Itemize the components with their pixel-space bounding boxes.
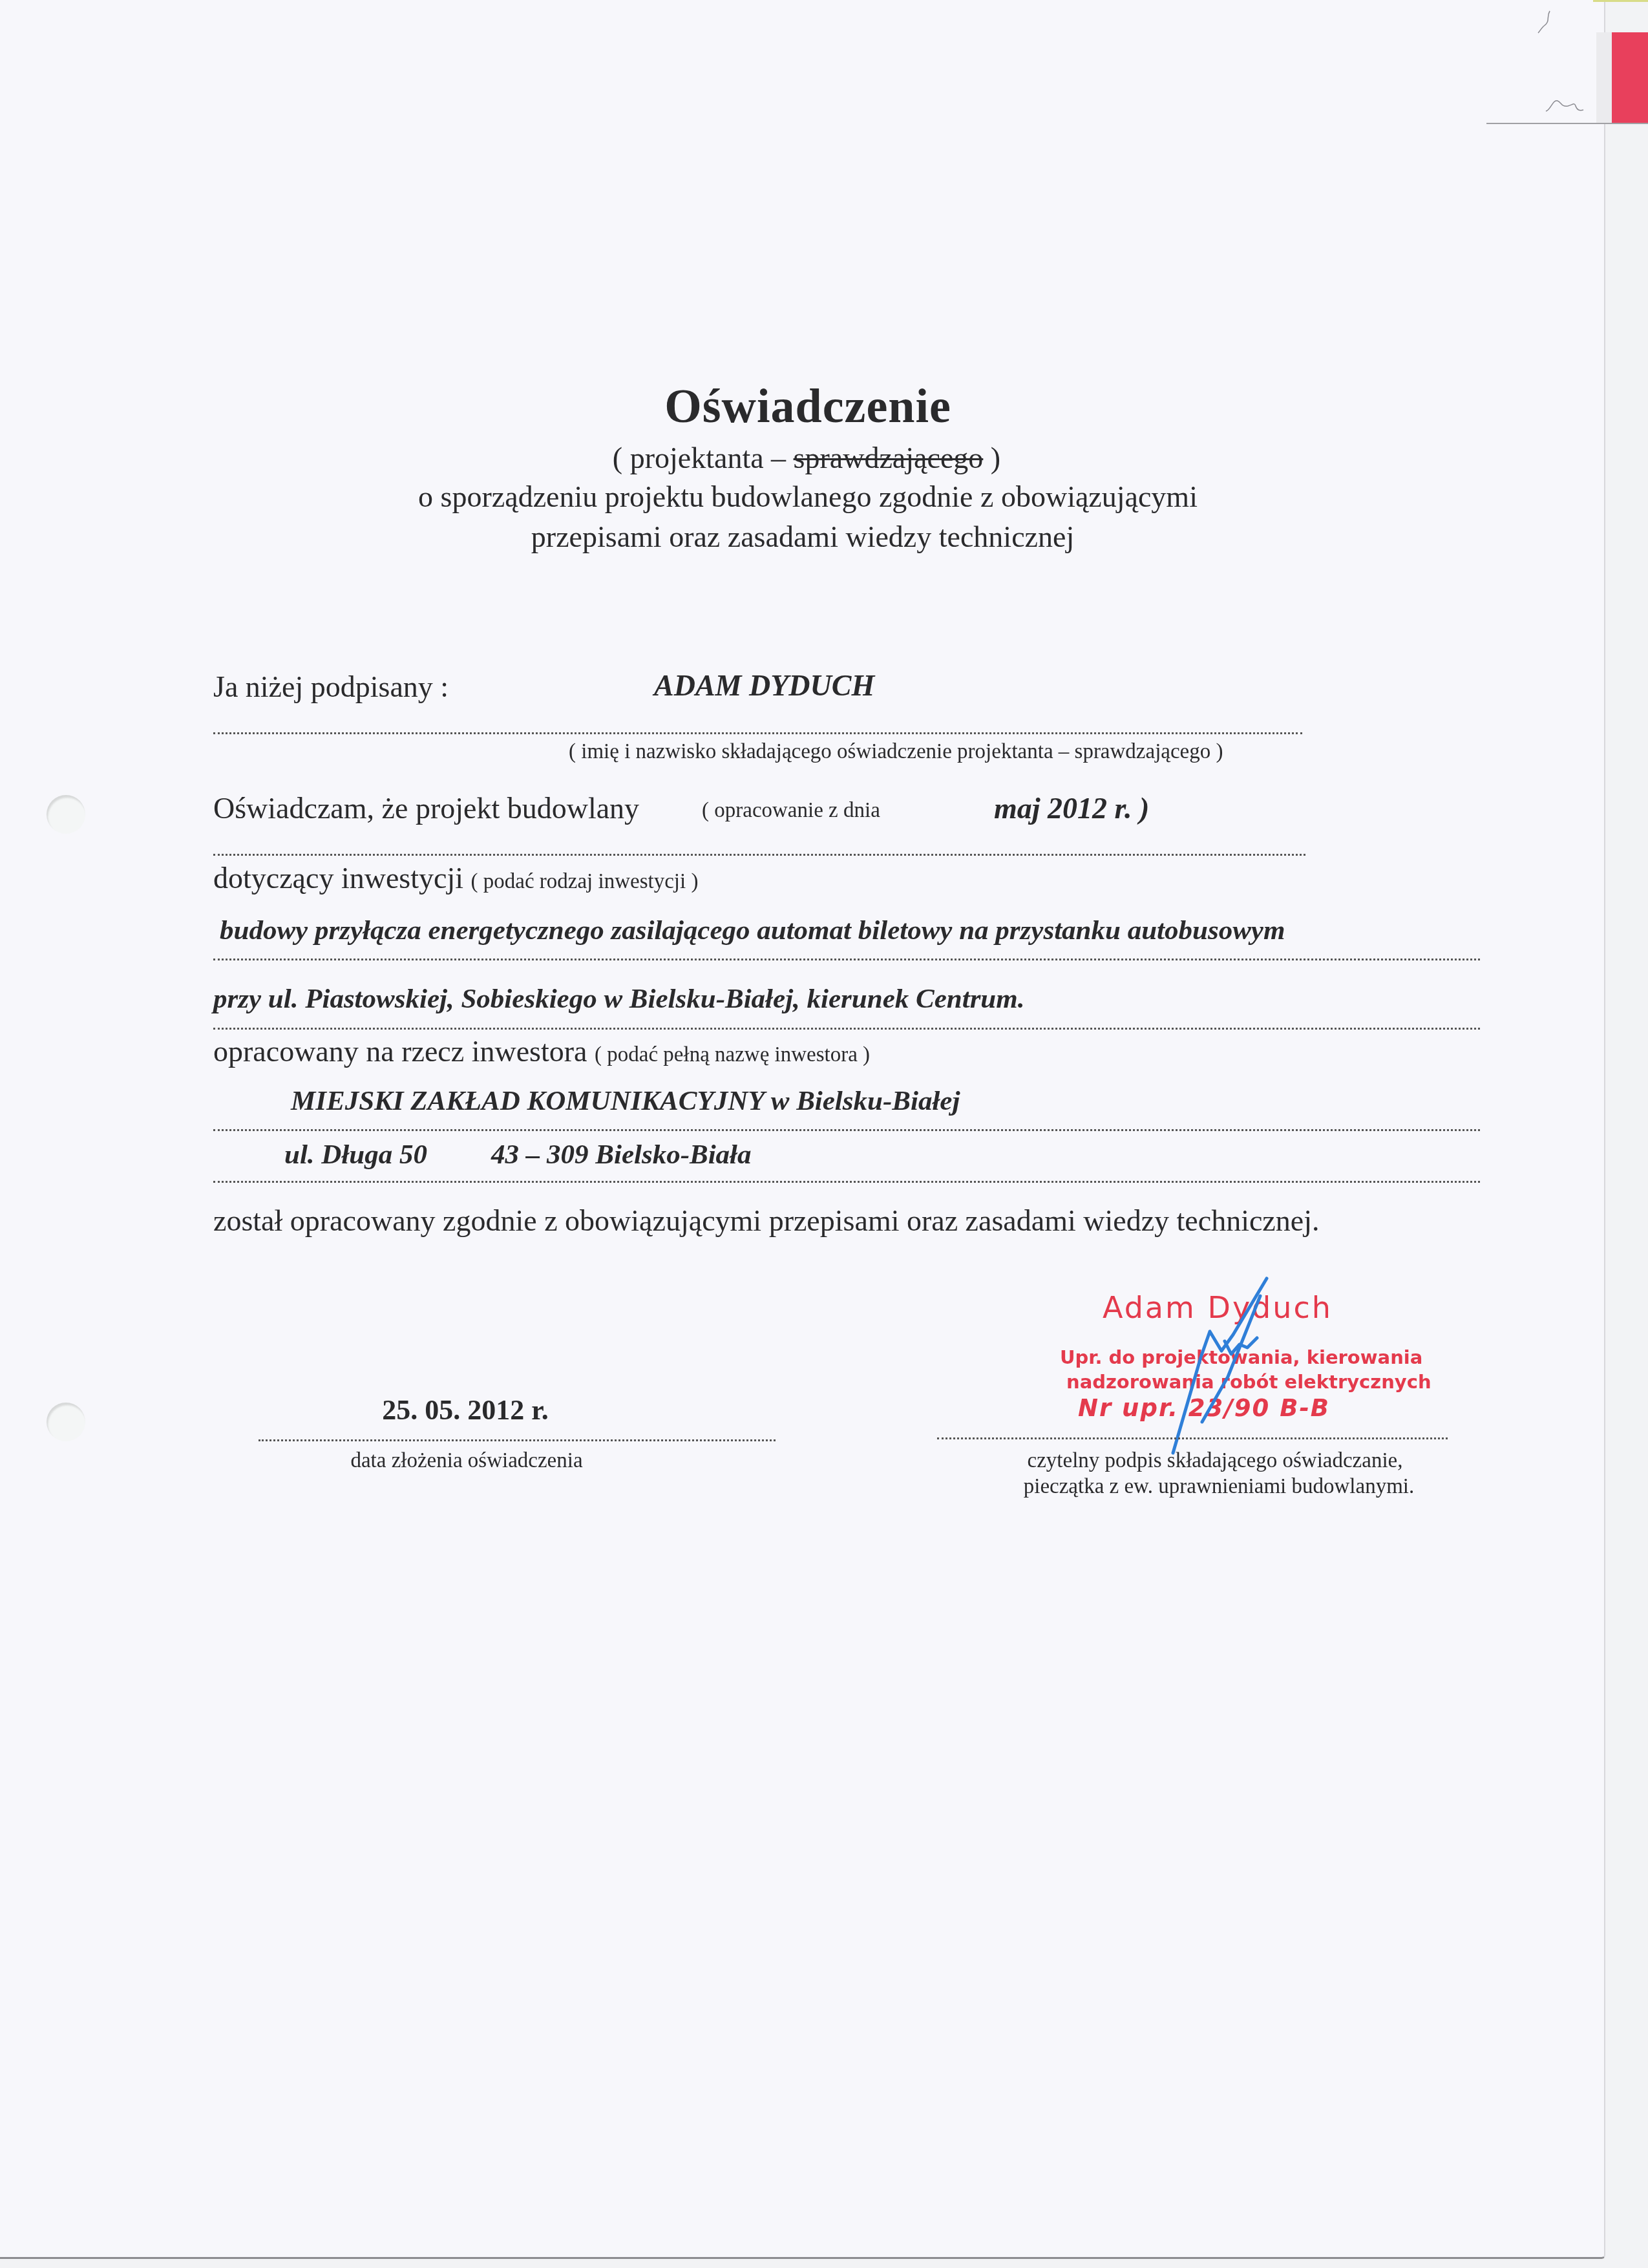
- tab-edge: [1593, 0, 1648, 2]
- declarant-caption: ( imię i nazwisko składającego oświadcze…: [569, 741, 1223, 763]
- role-line-struck: sprawdzającego: [794, 441, 984, 474]
- investor-name: MIEJSKI ZAKŁAD KOMUNIKACYJNY w Bielsku-B…: [291, 1087, 960, 1115]
- investment-label-text: dotyczący inwestycji: [213, 862, 463, 895]
- sticker-edge: [1486, 123, 1648, 124]
- investor-street: ul. Długa 50: [284, 1141, 427, 1169]
- investor-city: 43 – 309 Bielsko-Biała: [491, 1141, 752, 1169]
- dotted-line: [259, 1439, 776, 1441]
- hair-artifact: [1532, 10, 1558, 36]
- subtitle-line-2: przepisami oraz zasadami wiedzy technicz…: [531, 522, 1074, 552]
- stamp-line-3: Nr upr. 23/90 B-B: [1078, 1396, 1330, 1420]
- punch-hole: [47, 795, 85, 834]
- dotted-line: [213, 1129, 1480, 1131]
- conclusion-text: został opracowany zgodnie z obowiązujący…: [213, 1206, 1319, 1236]
- investment-paren-label: ( podać rodzaj inwestycji ): [471, 870, 699, 893]
- declarant-label: Ja niżej podpisany :: [213, 672, 449, 702]
- declarant-name: ADAM DYDUCH: [654, 671, 874, 701]
- page-title: Oświadczenie: [664, 383, 951, 430]
- red-index-tab: [1612, 32, 1648, 123]
- dotted-line: [937, 1437, 1448, 1439]
- project-label: Oświadczam, że projekt budowlany: [213, 794, 639, 823]
- stamp-line-1: Upr. do projektowania, kierowania: [1060, 1348, 1422, 1367]
- investment-line-2: przy ul. Piastowskiej, Sobieskiego w Bie…: [213, 985, 1024, 1013]
- subtitle-line-1: o sporządzeniu projektu budowlanego zgod…: [418, 482, 1198, 512]
- role-line: ( projektanta – sprawdzającego ): [613, 443, 1000, 473]
- hair-artifact: [1545, 97, 1590, 116]
- dotted-line: [213, 854, 1305, 856]
- investor-paren-label: ( podać pełną nazwę inwestora ): [595, 1043, 870, 1066]
- dotted-line: [213, 1028, 1480, 1030]
- signature-caption-2: pieczątka z ew. uprawnieniami budowlanym…: [1024, 1476, 1414, 1498]
- stamp-name: Adam Dyduch: [1103, 1293, 1333, 1322]
- date-caption: data złożenia oświadczenia: [350, 1450, 582, 1472]
- dotted-line: [213, 732, 1302, 734]
- punch-hole: [47, 1403, 85, 1441]
- stamp-line-2: nadzorowania robót elektrycznych: [1066, 1373, 1431, 1392]
- submission-date: 25. 05. 2012 r.: [382, 1396, 549, 1425]
- dotted-line: [213, 959, 1480, 960]
- role-line-close: ): [983, 441, 1000, 474]
- dotted-line: [213, 1181, 1480, 1183]
- investment-label: dotyczący inwestycji ( podać rodzaj inwe…: [213, 864, 698, 893]
- role-line-open: ( projektanta –: [613, 441, 794, 474]
- signature-caption-1: czytelny podpis składającego oświadczani…: [1028, 1450, 1403, 1472]
- project-date: maj 2012 r. ): [994, 794, 1149, 823]
- investor-label: opracowany na rzecz inwestora ( podać pe…: [213, 1037, 870, 1066]
- project-paren-label: ( opracowanie z dnia: [702, 800, 880, 821]
- investment-line-1: budowy przyłącza energetycznego zasilają…: [220, 917, 1285, 944]
- investor-label-text: opracowany na rzecz inwestora: [213, 1035, 587, 1068]
